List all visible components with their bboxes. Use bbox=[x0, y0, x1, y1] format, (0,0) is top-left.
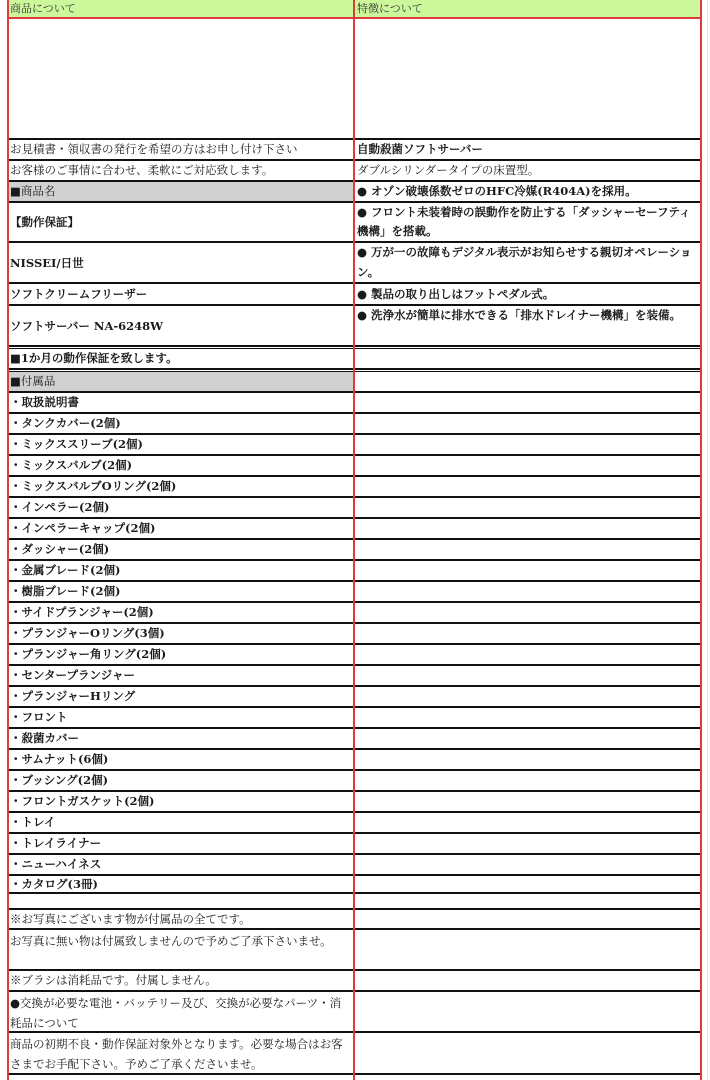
cell-left: ■付属品 bbox=[7, 372, 354, 391]
cell-right: ● フロント未装着時の誤動作を防止する「ダッシャーセーフティ機構」を搭載。 bbox=[354, 203, 702, 241]
accessory-label: ・サムナット(6個) bbox=[10, 750, 350, 769]
cell-left: NISSEI/日世 bbox=[7, 243, 354, 282]
accessory-label: ・ニューハイネス bbox=[10, 855, 350, 874]
accessory-label: ・トレイ bbox=[10, 813, 350, 832]
cell-left: ・ブッシング(2個) bbox=[7, 771, 354, 790]
left-red-border bbox=[7, 0, 9, 1080]
accessory-label: ・カタログ(3冊) bbox=[10, 876, 350, 892]
cell-left: ・トレイライナー bbox=[7, 834, 354, 853]
middle-red-border bbox=[353, 0, 355, 1080]
cell-right: 自動殺菌ソフトサーバー bbox=[354, 140, 702, 159]
accessory-label: ・樹脂ブレード(2個) bbox=[10, 582, 350, 601]
accessory-label: ・ミックスバルブ(2個) bbox=[10, 456, 350, 475]
section-accessories: ■付属品 bbox=[10, 372, 350, 391]
accessory-label: ・プランジャー角リング(2個) bbox=[10, 645, 350, 664]
cell-left: お写真に無い物は付属致しませんので予めご了承下さいませ。 bbox=[7, 930, 354, 969]
cell-left: ・金属ブレード(2個) bbox=[7, 561, 354, 580]
cell-left: ・ミックスバルブ(2個) bbox=[7, 456, 354, 475]
cell-left: ・ダッシャー(2個) bbox=[7, 540, 354, 559]
cell-left: 商品の初期不良・動作保証対象外となります。必要な場合はお客さまでお手配下さい。予… bbox=[7, 1033, 354, 1073]
note-brush: ※ブラシは消耗品です。付属しません。 bbox=[10, 971, 350, 990]
accessory-label: ・ミックススリーブ(2個) bbox=[10, 435, 350, 454]
accessory-label: ・金属ブレード(2個) bbox=[10, 561, 350, 580]
note-batteries: ●交換が必要な電池・バッテリー及び、交換が必要なパーツ・消耗品について bbox=[10, 993, 350, 1031]
cell-left: ※お写真にございます物が付属品の全てです。 bbox=[7, 910, 354, 928]
feature-ozone: ● オゾン破壊係数ゼロのHFC冷媒(R404A)を採用。 bbox=[357, 182, 698, 201]
cell-left: ソフトクリームフリーザー bbox=[7, 284, 354, 304]
accessory-label: ・取扱説明書 bbox=[10, 393, 350, 412]
cell-left: ●交換が必要な電池・バッテリー及び、交換が必要なパーツ・消耗品について bbox=[7, 992, 354, 1031]
cell-right: ● オゾン破壊係数ゼロのHFC冷媒(R404A)を採用。 bbox=[354, 182, 702, 201]
cell-left: ソフトサーバー NA-6248W bbox=[7, 306, 354, 345]
cell-left: ■1か月の動作保証を致します。 bbox=[7, 349, 354, 368]
header-product-label: 商品について bbox=[10, 0, 350, 17]
accessory-label: ・フロント bbox=[10, 708, 350, 727]
cell-left: ・サイドプランジャー(2個) bbox=[7, 603, 354, 622]
cell-left: ・取扱説明書 bbox=[7, 393, 354, 412]
cell-left: ・インペラー(2個) bbox=[7, 498, 354, 517]
cell-left: ・プランジャー角リング(2個) bbox=[7, 645, 354, 664]
cell-left: ・プランジャーHリング bbox=[7, 687, 354, 706]
cell-right bbox=[354, 372, 702, 391]
product-spec-sheet: 商品について 特徴について お見積書・領収書の発行を希望の方はお申し付け下さい … bbox=[0, 0, 710, 1080]
accessory-label: ・センタープランジャー bbox=[10, 666, 350, 685]
cell-left: ・プランジャーOリング(3個) bbox=[7, 624, 354, 643]
feature-digital-display: ● 万が一の故障もデジタル表示がお知らせする親切オペレーション。 bbox=[357, 243, 698, 282]
note-warranty-exclusion: 商品の初期不良・動作保証対象外となります。必要な場合はお客さまでお手配下さい。予… bbox=[10, 1034, 350, 1073]
cell-left: ・樹脂ブレード(2個) bbox=[7, 582, 354, 601]
accessory-label: ・インペラー(2個) bbox=[10, 498, 350, 517]
flexible-note: お客様のご事情に合わせ、柔軟にご対応致します。 bbox=[10, 161, 350, 180]
accessory-label: ・インペラーキャップ(2個) bbox=[10, 519, 350, 538]
feature-drainer: ● 洗浄水が簡単に排水できる「排水ドレイナー機構」を装備。 bbox=[357, 306, 698, 326]
estimate-note: お見積書・領収書の発行を希望の方はお申し付け下さい bbox=[10, 140, 350, 159]
accessory-label: ・殺菌カバー bbox=[10, 729, 350, 748]
section-product-name: ■商品名 bbox=[10, 182, 350, 201]
product-model: ソフトサーバー NA-6248W bbox=[10, 315, 350, 336]
accessory-label: ・プランジャーHリング bbox=[10, 687, 350, 706]
accessory-label: ・フロントガスケット(2個) bbox=[10, 792, 350, 811]
header-cell-features: 特徴について bbox=[354, 0, 702, 17]
cell-left: ・ニューハイネス bbox=[7, 855, 354, 874]
note-photo-complete: ※お写真にございます物が付属品の全てです。 bbox=[10, 910, 350, 928]
cell-right: ● 製品の取り出しはフットペダル式。 bbox=[354, 284, 702, 304]
warranty-label: 【動作保証】 bbox=[10, 212, 350, 233]
accessory-label: ・ダッシャー(2個) bbox=[10, 540, 350, 559]
cell-left: ・ミックススリーブ(2個) bbox=[7, 435, 354, 454]
product-category: ソフトクリームフリーザー bbox=[10, 284, 350, 304]
cell-left: ・センタープランジャー bbox=[7, 666, 354, 685]
cell-left: お客様のご事情に合わせ、柔軟にご対応致します。 bbox=[7, 161, 354, 180]
cell-left: ・インペラーキャップ(2個) bbox=[7, 519, 354, 538]
cell-right bbox=[354, 349, 702, 368]
cell-left: 【動作保証】 bbox=[7, 203, 354, 241]
cell-left: ・サムナット(6個) bbox=[7, 750, 354, 769]
cell-left: ・フロントガスケット(2個) bbox=[7, 792, 354, 811]
cell-right: ダブルシリンダータイプの床置型。 bbox=[354, 161, 702, 180]
accessory-label: ・トレイライナー bbox=[10, 834, 350, 853]
cell-left: ・ミックスバルブOリング(2個) bbox=[7, 477, 354, 496]
cell-right: ● 洗浄水が簡単に排水できる「排水ドレイナー機構」を装備。 bbox=[354, 306, 702, 345]
cell-left: ・タンクカバー(2個) bbox=[7, 414, 354, 433]
header-features-label: 特徴について bbox=[357, 0, 698, 17]
feature-double-cylinder: ダブルシリンダータイプの床置型。 bbox=[357, 161, 698, 180]
cell-left: ・トレイ bbox=[7, 813, 354, 832]
accessory-label: ・ブッシング(2個) bbox=[10, 771, 350, 790]
feature-foot-pedal: ● 製品の取り出しはフットペダル式。 bbox=[357, 284, 698, 304]
accessory-label: ・サイドプランジャー(2個) bbox=[10, 603, 350, 622]
cell-left: ■商品名 bbox=[7, 182, 354, 201]
accessory-label: ・タンクカバー(2個) bbox=[10, 414, 350, 433]
accessory-label: ・ミックスバルブOリング(2個) bbox=[10, 477, 350, 496]
header-cell-product: 商品について bbox=[7, 0, 354, 17]
warranty-period: ■1か月の動作保証を致します。 bbox=[10, 349, 350, 368]
cell-left: ・殺菌カバー bbox=[7, 729, 354, 748]
right-red-border bbox=[700, 0, 702, 1080]
feature-dasher-safety: ● フロント未装着時の誤動作を防止する「ダッシャーセーフティ機構」を搭載。 bbox=[357, 203, 698, 241]
cell-left: お見積書・領収書の発行を希望の方はお申し付け下さい bbox=[7, 140, 354, 159]
note-not-included: お写真に無い物は付属致しませんので予めご了承下さいませ。 bbox=[10, 931, 350, 951]
cell-left: ※ブラシは消耗品です。付属しません。 bbox=[7, 971, 354, 990]
cell-right: ● 万が一の故障もデジタル表示がお知らせする親切オペレーション。 bbox=[354, 243, 702, 282]
maker-name: NISSEI/日世 bbox=[10, 252, 350, 273]
cell-left: ・カタログ(3冊) bbox=[7, 876, 354, 892]
right-gridline bbox=[707, 0, 708, 1080]
accessory-label: ・プランジャーOリング(3個) bbox=[10, 624, 350, 643]
cell-left: ・フロント bbox=[7, 708, 354, 727]
feature-auto-sterilize: 自動殺菌ソフトサーバー bbox=[357, 140, 698, 159]
